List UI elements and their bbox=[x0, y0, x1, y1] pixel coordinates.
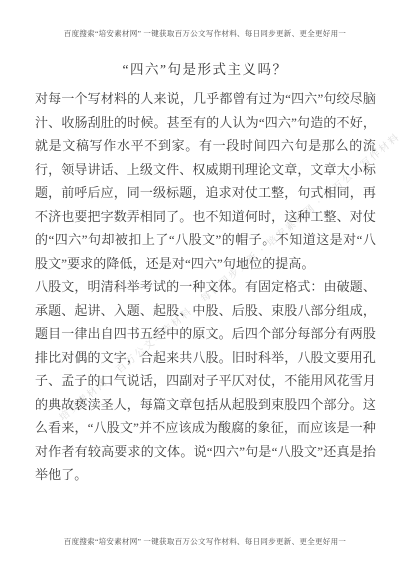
header-promo-text: 百度搜索“培安素材网” 一键获取百万公文写作材料、每日同步更新、更全更好用一 bbox=[0, 28, 410, 39]
paragraph: 对每一个写材料的人来说，几乎都曾有过为“四六”句绞尽脑汁、收肠刮肚的时候。甚至有… bbox=[35, 87, 376, 275]
paragraph: 八股文，明清科举考试的一种文体。有固定格式：由破题、承题、起讲、入题、起股、中股… bbox=[35, 275, 376, 487]
footer-promo-text: 百度搜索“培安素材网” 一键获取百万公文写作材料、每日同步更新、更全更好用一 bbox=[0, 536, 410, 547]
document-body: 对每一个写材料的人来说，几乎都曾有过为“四六”句绞尽脑汁、收肠刮肚的时候。甚至有… bbox=[35, 87, 376, 487]
document-page: 培安素材网 · 百万公文写作材料 · 每日同步更新 · 培安素材网 · 百万公文… bbox=[0, 0, 410, 580]
page-title: “四六”句是形式主义吗？ bbox=[0, 58, 410, 78]
